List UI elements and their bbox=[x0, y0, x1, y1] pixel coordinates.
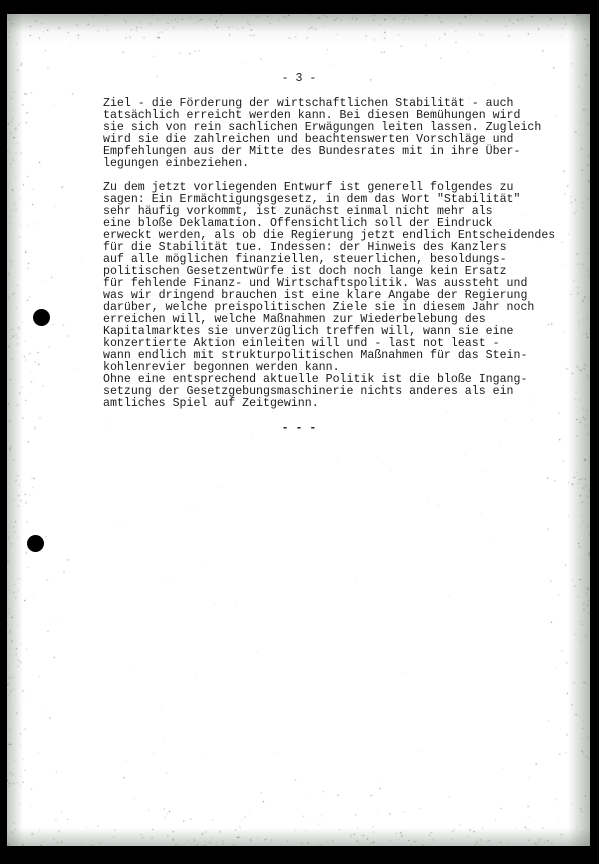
document-page: - 3 - Ziel - die Förderung der wirtschaf… bbox=[7, 14, 590, 846]
scan-edge-left bbox=[7, 14, 23, 846]
text-line: amtliches Spiel auf Zeitgewinn. bbox=[103, 398, 555, 410]
scan-edge-right bbox=[568, 14, 590, 846]
scan-edge-bottom bbox=[7, 828, 590, 846]
end-mark: - - - bbox=[274, 422, 324, 435]
text-line: legungen einbeziehen. bbox=[103, 158, 555, 170]
document-body: Ziel - die Förderung der wirtschaftliche… bbox=[103, 98, 555, 410]
paragraph: Zu dem jetzt vorliegenden Entwurf ist ge… bbox=[103, 182, 555, 374]
paragraph: Ohne eine entsprechend aktuelle Politik … bbox=[103, 374, 555, 410]
paragraph: Ziel - die Förderung der wirtschaftliche… bbox=[103, 98, 555, 170]
scan-edge-top bbox=[7, 14, 590, 44]
punch-hole-icon bbox=[33, 309, 50, 326]
page-number: - 3 - bbox=[274, 72, 324, 85]
punch-hole-icon bbox=[27, 535, 44, 552]
